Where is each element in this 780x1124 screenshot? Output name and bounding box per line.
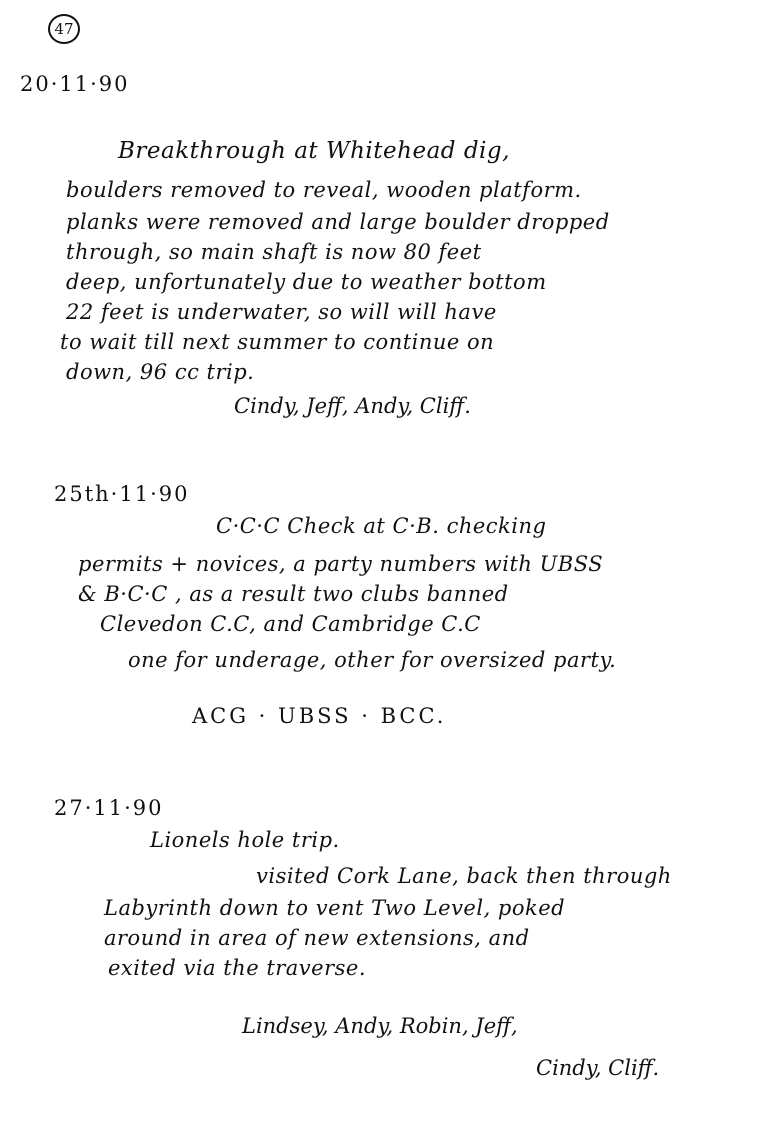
page-number: 47 [48, 14, 80, 44]
entry-3-line: exited via the traverse. [108, 956, 366, 980]
entry-1-line: deep, unfortunately due to weather botto… [66, 270, 547, 294]
entry-1-line: 22 feet is underwater, so will will have [66, 300, 497, 324]
entry-3-line: Lionels hole trip. [150, 828, 340, 852]
entry-3-signatures: Lindsey, Andy, Robin, Jeff, [242, 1014, 518, 1038]
entry-3-line: Labyrinth down to vent Two Level, poked [104, 896, 565, 920]
entry-2-line: & B·C·C , as a result two clubs banned [78, 582, 509, 606]
entry-1-signatures: Cindy, Jeff, Andy, Cliff. [234, 394, 471, 418]
entry-3-line: visited Cork Lane, back then through [256, 864, 672, 888]
entry-1-line: boulders removed to reveal, wooden platf… [66, 178, 582, 202]
entry-3-signatures-line2: Cindy, Cliff. [536, 1056, 659, 1080]
entry-2-line: C·C·C Check at C·B. checking [216, 514, 546, 538]
entry-2-line: Clevedon C.C, and Cambridge C.C [100, 612, 481, 636]
entry-1-line: planks were removed and large boulder dr… [66, 210, 610, 234]
entry-2-line: one for underage, other for oversized pa… [128, 648, 616, 672]
entry-2-line: permits + novices, a party numbers with … [78, 552, 603, 576]
entry-1-line: down, 96 cc trip. [66, 360, 254, 384]
entry-1-line: Breakthrough at Whitehead dig, [118, 138, 510, 164]
entry-3-date: 27·11·90 [54, 796, 164, 820]
entry-1-line: to wait till next summer to continue on [60, 330, 494, 354]
entry-1-line: through, so main shaft is now 80 feet [66, 240, 482, 264]
entry-2-date: 25th·11·90 [54, 482, 189, 506]
entry-2-signatures: ACG · UBSS · BCC. [192, 704, 446, 728]
entry-1-date: 20·11·90 [20, 72, 130, 96]
entry-3-line: around in area of new extensions, and [104, 926, 530, 950]
